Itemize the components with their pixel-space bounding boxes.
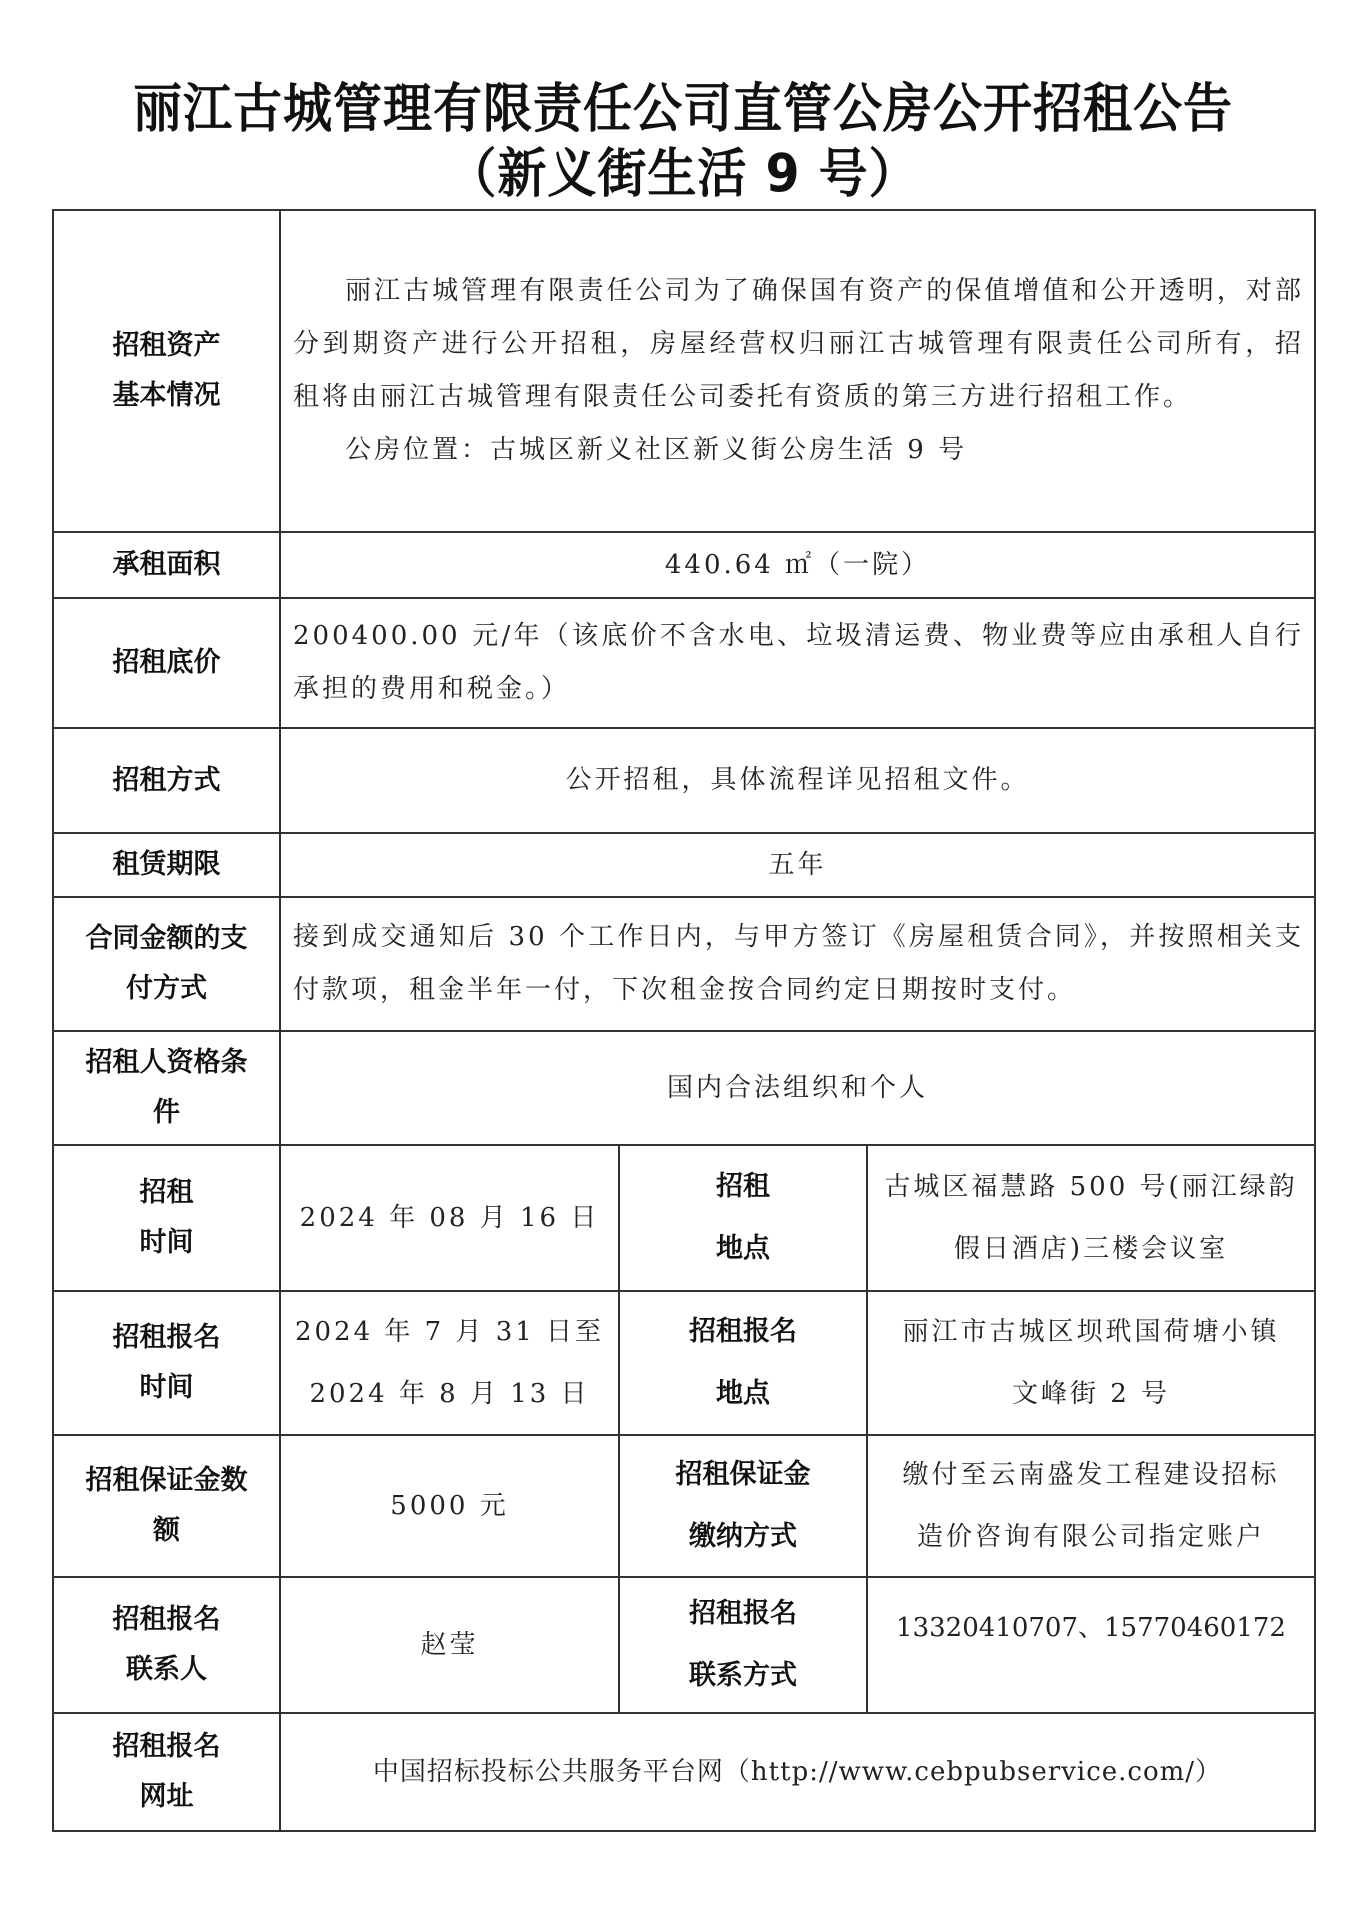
asset-description: 丽江古城管理有限责任公司为了确保国有资产的保值增值和公开透明，对部分到期资产进行… — [293, 265, 1304, 424]
label-reserve-price: 招租底价 — [53, 598, 280, 728]
value-registration-place: 丽江市古城区坝玳国荷塘小镇 文峰街 2 号 — [867, 1291, 1315, 1435]
value-lease-term: 五年 — [280, 833, 1315, 897]
label-line: 联系方式 — [620, 1645, 866, 1707]
value-line: 缴付至云南盛发工程建设招标 — [868, 1444, 1314, 1506]
label-contact-person: 招租报名 联系人 — [53, 1577, 280, 1713]
value-website: 中国招标投标公共服务平台网（http://www.cebpubservice.c… — [280, 1713, 1315, 1831]
value-line: 2024 年 7 月 31 日至 — [281, 1301, 618, 1363]
label-method: 招租方式 — [53, 728, 280, 833]
value-payment: 接到成交通知后 30 个工作日内，与甲方签订《房屋租赁合同》，并按照相关支付款项… — [280, 897, 1315, 1031]
label-line: 地点 — [620, 1218, 866, 1280]
label-line: 地点 — [620, 1363, 866, 1425]
table-row-area: 承租面积 440.64 ㎡（一院） — [53, 532, 1315, 598]
label-lease-term: 租赁期限 — [53, 833, 280, 897]
table-row-deposit: 招租保证金数 额 5000 元 招租保证金 缴纳方式 缴付至云南盛发工程建设招标… — [53, 1435, 1315, 1577]
label-payment: 合同金额的支 付方式 — [53, 897, 280, 1031]
value-registration-time: 2024 年 7 月 31 日至 2024 年 8 月 13 日 — [280, 1291, 619, 1435]
value-reserve-price: 200400.00 元/年（该底价不含水电、垃圾清运费、物业费等应由承租人自行承… — [280, 598, 1315, 728]
table-row-asset-info: 招租资产 基本情况 丽江古城管理有限责任公司为了确保国有资产的保值增值和公开透明… — [53, 210, 1315, 532]
label-tender-place: 招租 地点 — [619, 1145, 867, 1291]
value-method: 公开招租，具体流程详见招租文件。 — [280, 728, 1315, 833]
label-line: 招租保证金 — [620, 1444, 866, 1506]
label-area: 承租面积 — [53, 532, 280, 598]
label-line: 联系人 — [54, 1645, 279, 1695]
label-registration-place: 招租报名 地点 — [619, 1291, 867, 1435]
value-line: 2024 年 8 月 13 日 — [281, 1363, 618, 1425]
label-line: 时间 — [54, 1363, 279, 1413]
label-line: 件 — [54, 1088, 279, 1138]
label-line: 付方式 — [54, 964, 279, 1014]
label-line: 招租报名 — [54, 1313, 279, 1363]
label-registration-time: 招租报名 时间 — [53, 1291, 280, 1435]
label-line: 招租资产 — [54, 321, 279, 371]
label-deposit-method: 招租保证金 缴纳方式 — [619, 1435, 867, 1577]
label-line: 招租报名 — [54, 1595, 279, 1645]
value-line: 古城区福慧路 500 号(丽江绿韵 — [868, 1156, 1314, 1218]
label-contact-info: 招租报名 联系方式 — [619, 1577, 867, 1713]
label-line: 合同金额的支 — [54, 914, 279, 964]
label-line: 招租保证金数 — [54, 1456, 279, 1506]
table-row-qualification: 招租人资格条 件 国内合法组织和个人 — [53, 1031, 1315, 1145]
value-line: 造价咨询有限公司指定账户 — [868, 1506, 1314, 1568]
value-line: 假日酒店)三楼会议室 — [868, 1218, 1314, 1280]
value-line: 文峰街 2 号 — [868, 1363, 1314, 1425]
label-line: 基本情况 — [54, 371, 279, 421]
label-line: 招租报名 — [620, 1583, 866, 1645]
label-line: 网址 — [54, 1772, 279, 1822]
table-row-registration-time-place: 招租报名 时间 2024 年 7 月 31 日至 2024 年 8 月 13 日… — [53, 1291, 1315, 1435]
table-row-method: 招租方式 公开招租，具体流程详见招租文件。 — [53, 728, 1315, 833]
label-line: 缴纳方式 — [620, 1506, 866, 1568]
table-row-reserve-price: 招租底价 200400.00 元/年（该底价不含水电、垃圾清运费、物业费等应由承… — [53, 598, 1315, 728]
value-asset-info: 丽江古城管理有限责任公司为了确保国有资产的保值增值和公开透明，对部分到期资产进行… — [280, 210, 1315, 532]
label-line: 招租报名 — [54, 1722, 279, 1772]
label-line: 招租报名 — [620, 1301, 866, 1363]
value-line: 丽江市古城区坝玳国荷塘小镇 — [868, 1301, 1314, 1363]
table-row-tender-time-place: 招租 时间 2024 年 08 月 16 日 招租 地点 古城区福慧路 500 … — [53, 1145, 1315, 1291]
value-tender-time: 2024 年 08 月 16 日 — [280, 1145, 619, 1291]
table-row-website: 招租报名 网址 中国招标投标公共服务平台网（http://www.cebpubs… — [53, 1713, 1315, 1831]
value-qualification: 国内合法组织和个人 — [280, 1031, 1315, 1145]
label-line: 招租 — [54, 1168, 279, 1218]
label-line: 额 — [54, 1506, 279, 1556]
label-tender-time: 招租 时间 — [53, 1145, 280, 1291]
table-row-contact: 招租报名 联系人 赵莹 招租报名 联系方式 13320410707、157704… — [53, 1577, 1315, 1713]
label-deposit-amount: 招租保证金数 额 — [53, 1435, 280, 1577]
value-area: 440.64 ㎡（一院） — [280, 532, 1315, 598]
label-line: 招租人资格条 — [54, 1038, 279, 1088]
value-contact-info: 13320410707、15770460172 — [867, 1577, 1315, 1713]
label-qualification: 招租人资格条 件 — [53, 1031, 280, 1145]
label-line: 招租 — [620, 1156, 866, 1218]
value-deposit-method: 缴付至云南盛发工程建设招标 造价咨询有限公司指定账户 — [867, 1435, 1315, 1577]
label-website: 招租报名 网址 — [53, 1713, 280, 1831]
label-line: 时间 — [54, 1218, 279, 1268]
asset-location: 公房位置：古城区新义社区新义街公房生活 9 号 — [293, 424, 1304, 477]
page-subtitle: （新义街生活 9 号） — [0, 132, 1366, 208]
notice-table: 招租资产 基本情况 丽江古城管理有限责任公司为了确保国有资产的保值增值和公开透明… — [52, 209, 1316, 1832]
table-row-lease-term: 租赁期限 五年 — [53, 833, 1315, 897]
value-contact-person: 赵莹 — [280, 1577, 619, 1713]
label-asset-info: 招租资产 基本情况 — [53, 210, 280, 532]
value-tender-place: 古城区福慧路 500 号(丽江绿韵 假日酒店)三楼会议室 — [867, 1145, 1315, 1291]
value-deposit-amount: 5000 元 — [280, 1435, 619, 1577]
table-row-payment: 合同金额的支 付方式 接到成交通知后 30 个工作日内，与甲方签订《房屋租赁合同… — [53, 897, 1315, 1031]
